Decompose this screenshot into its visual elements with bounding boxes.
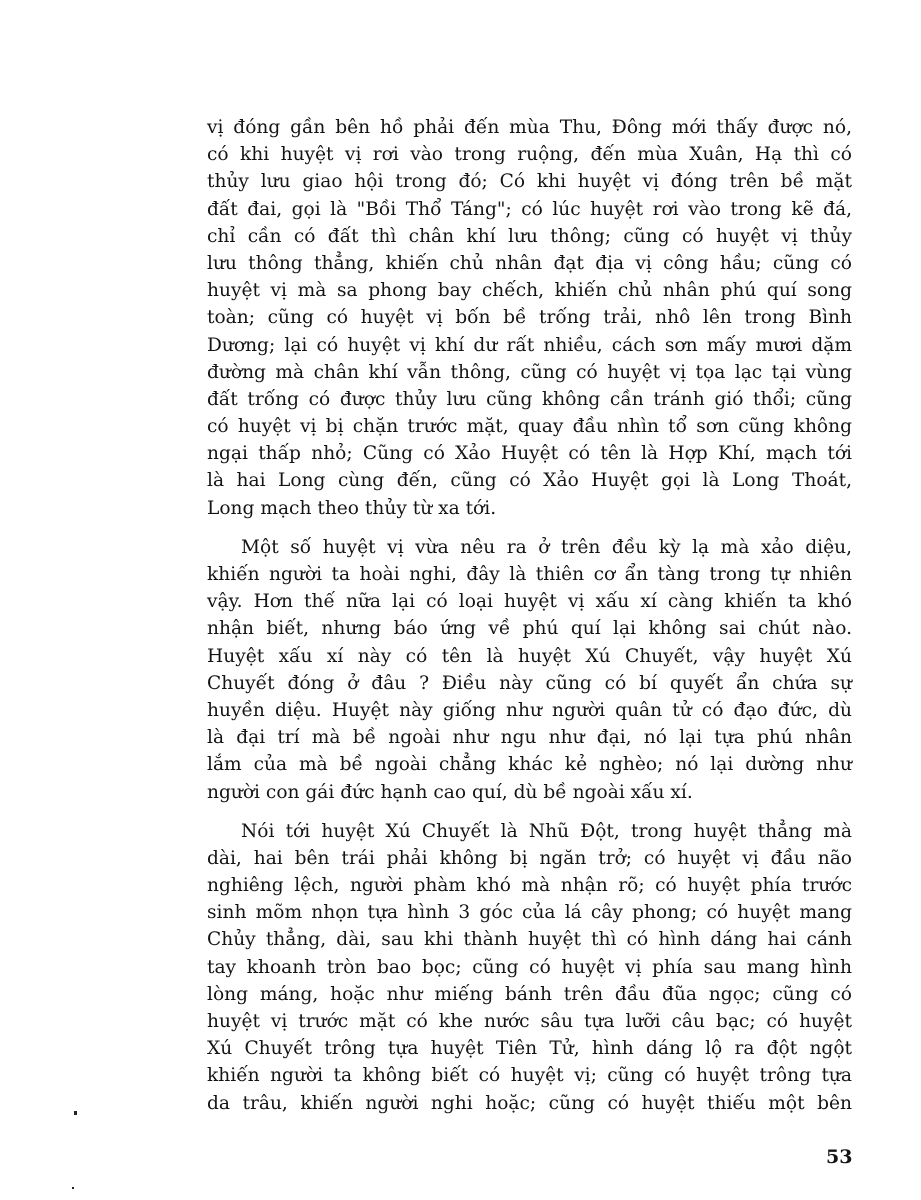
text-line: thủy lưu giao hội trong đó; Có khi huyệt…	[207, 168, 852, 195]
text-line: có khi huyệt vị rơi vào trong ruộng, đến…	[207, 141, 852, 168]
text-line: đất trống có được thủy lưu cũng không cầ…	[207, 386, 852, 413]
paragraph-2: Một số huyệt vị vừa nêu ra ở trên đều kỳ…	[207, 534, 852, 806]
text-line: là đại trí mà bề ngoài như ngu như đại, …	[207, 724, 852, 751]
text-line: Dương; lại có huyệt vị khí dư rất nhiều,…	[207, 332, 852, 359]
text-line: chỉ cần có đất thì chân khí lưu thông; c…	[207, 223, 852, 250]
text-line: đường mà chân khí vẫn thông, cũng có huy…	[207, 359, 852, 386]
scanned-book-page: vị đóng gần bên hồ phải đến mùa Thu, Đôn…	[0, 0, 921, 1200]
page-number: 53	[826, 1146, 852, 1168]
text-line: ngại thấp nhỏ; Cũng có Xảo Huyệt có tên …	[207, 440, 852, 467]
text-line: Chủy thẳng, dài, sau khi thành huyệt thì…	[207, 926, 852, 953]
text-line: lưu thông thẳng, khiến chủ nhân đạt địa …	[207, 250, 852, 277]
text-line: huyệt vị trước mặt có khe nước sâu tựa l…	[207, 1008, 852, 1035]
text-line: huyệt vị mà sa phong bay chếch, khiến ch…	[207, 277, 852, 304]
text-line: Chuyết đóng ở đâu ? Điều này cũng có bí …	[207, 670, 852, 697]
text-line: Long mạch theo thủy từ xa tới.	[207, 495, 852, 522]
text-line: tay khoanh tròn bao bọc; cũng có huyệt v…	[207, 954, 852, 981]
text-line: đất đai, gọi là "Bồi Thổ Táng"; có lúc h…	[207, 196, 852, 223]
text-line: toàn; cũng có huyệt vị bốn bề trống trải…	[207, 304, 852, 331]
text-line: là hai Long cùng đến, cũng có Xảo Huyệt …	[207, 467, 852, 494]
text-line: vậy. Hơn thế nữa lại có loại huyệt vị xấ…	[207, 588, 852, 615]
text-line: nhận biết, nhưng báo ứng về phú quí lại …	[207, 615, 852, 642]
text-line: Một số huyệt vị vừa nêu ra ở trên đều kỳ…	[207, 534, 852, 561]
paragraph-spacer	[207, 522, 852, 534]
scan-speck	[72, 1187, 74, 1189]
text-line: nghiêng lệch, người phàm khó mà nhận rõ;…	[207, 872, 852, 899]
text-line: lắm của mà bề ngoài chẳng khác kẻ nghèo;…	[207, 751, 852, 778]
paragraph-1: vị đóng gần bên hồ phải đến mùa Thu, Đôn…	[207, 114, 852, 522]
text-line: có huyệt vị bị chặn trước mặt, quay đầu …	[207, 413, 852, 440]
scan-speck	[74, 1111, 77, 1115]
text-line: lòng máng, hoặc như miếng bánh trên đầu …	[207, 981, 852, 1008]
text-line: Nói tới huyệt Xú Chuyết là Nhũ Đột, tron…	[207, 818, 852, 845]
text-line: sinh mõm nhọn tựa hình 3 góc của lá cây …	[207, 899, 852, 926]
text-line: người con gái đức hạnh cao quí, dù bề ng…	[207, 779, 852, 806]
text-line: Huyệt xấu xí này có tên là huyệt Xú Chuy…	[207, 643, 852, 670]
body-text: vị đóng gần bên hồ phải đến mùa Thu, Đôn…	[207, 114, 852, 1117]
text-line: huyền diệu. Huyệt này giống như người qu…	[207, 697, 852, 724]
text-line: Xú Chuyết trông tựa huyệt Tiên Tử, hình …	[207, 1035, 852, 1062]
text-line: khiến người ta không biết có huyệt vị; c…	[207, 1062, 852, 1089]
text-line: dài, hai bên trái phải không bị ngăn trở…	[207, 845, 852, 872]
paragraph-3: Nói tới huyệt Xú Chuyết là Nhũ Đột, tron…	[207, 818, 852, 1117]
text-line: khiến người ta hoài nghi, đây là thiên c…	[207, 561, 852, 588]
paragraph-spacer	[207, 806, 852, 818]
text-line: da trâu, khiến người nghi hoặc; cũng có …	[207, 1090, 852, 1117]
text-line: vị đóng gần bên hồ phải đến mùa Thu, Đôn…	[207, 114, 852, 141]
